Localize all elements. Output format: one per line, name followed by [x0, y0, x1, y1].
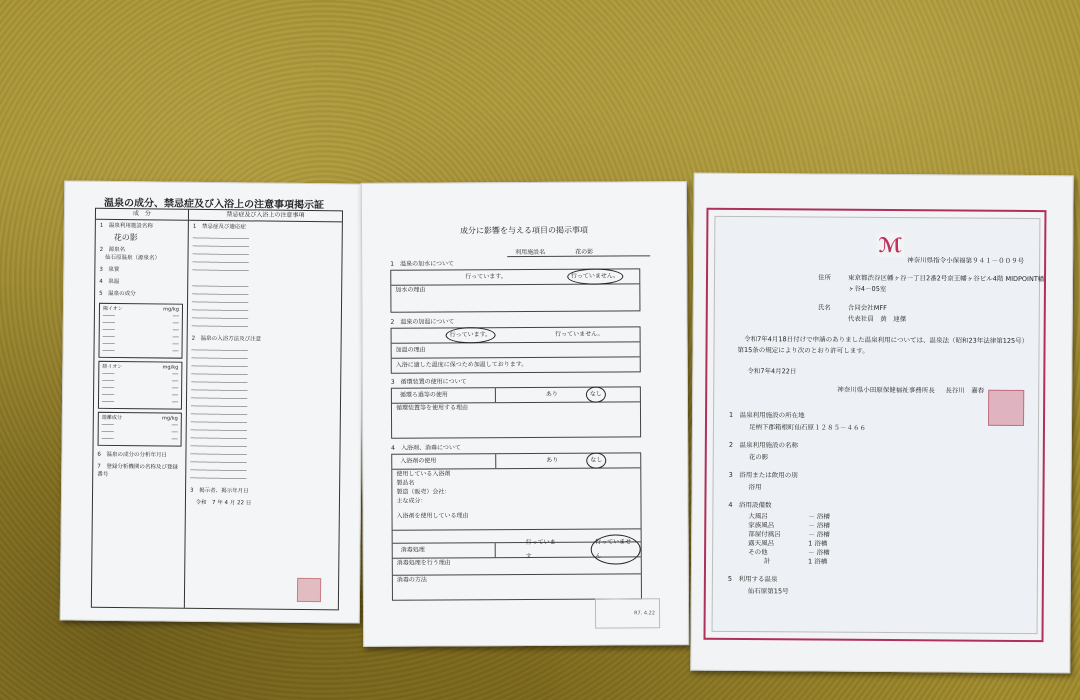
issuer-name: 長谷川 嘉春 — [945, 385, 984, 396]
component-effect-notice: 成分に影響を与える項目の掲示事項 利用施設名花の影 1 温泉の加水について 行っ… — [361, 181, 689, 647]
selected-option: なし — [586, 387, 606, 403]
precaution-body: ────────────────────────────────────────… — [188, 233, 342, 335]
receipt-stamp: R7. 4.22 — [595, 598, 660, 628]
facility-name: 花の影 — [96, 232, 188, 245]
permit-item-3: 3 浴用または飲用の別 — [729, 470, 798, 481]
component-item: 7 登録分析機関の名称及び登録番号 — [93, 461, 185, 482]
precaution-body: ────────────────────────────────────────… — [186, 345, 340, 487]
permit-body: 令和7年4月18日付けで申請のありました温泉利用については、温泉法（昭和23年法… — [737, 334, 1027, 358]
prefecture-emblem-icon: ℳ — [876, 233, 904, 257]
free-components-table: 遊離成分mg/kg ────── ────── ────── — [98, 412, 182, 447]
component-item: 6 温泉の成分の分析年月日 — [93, 449, 185, 462]
posting-date: 令和 7 年 4 月 22 日 — [186, 497, 339, 511]
facility-line: 利用施設名花の影 — [507, 246, 650, 257]
hot-spring-use-permit: ℳ 神奈川県指令小保福第９４１－００９号 住所 東京都渋谷区幡ヶ谷一丁目2番2号… — [690, 173, 1073, 674]
permit-item-4: 4 浴用設備数 — [728, 500, 771, 511]
hot-spring-components-notice: 温泉の成分、禁忌症及び入浴上の注意事項掲示証 成 分 1 温泉利用施設名称 花の… — [60, 180, 365, 623]
address-label: 住所 — [818, 273, 831, 284]
issuer: 神奈川県小田原保健福祉事務所長 — [837, 385, 935, 397]
company-name: 合同会社MFF — [848, 303, 887, 314]
cation-table: 陽イオンmg/kg ────── ────── ────── ────── ──… — [98, 303, 183, 359]
component-item: 4 泉温 — [95, 276, 187, 289]
component-item: 2 源泉名 仙石原温泉（源泉名） — [95, 244, 187, 265]
notice-title: 成分に影響を与える項目の掲示事項 — [362, 224, 686, 237]
anion-table: 陰イオンmg/kg ────── ────── ────── ────── ──… — [98, 361, 182, 410]
issue-date: 令和7年4月22日 — [747, 366, 796, 377]
spring-source: 仙石原第15号 — [748, 586, 789, 597]
notice-frame: 成 分 1 温泉利用施設名称 花の影 2 源泉名 仙石原温泉（源泉名） 3 泉質… — [91, 208, 343, 611]
address: 東京都渋谷区幡ヶ谷一丁目2番2号京王幡ヶ谷ビル4階 MIDPOINT幡ヶ谷4－0… — [848, 273, 1048, 296]
component-item: 3 泉質 — [95, 264, 187, 277]
selected-option: 行っています。 — [446, 327, 496, 343]
selected-option: 行っていません。 — [567, 268, 623, 284]
permit-number: 神奈川県指令小保福第９４１－００９号 — [907, 255, 1024, 267]
section-water-addition: 1 温泉の加水について 行っています。行っていません。 加水の理由 — [390, 258, 640, 312]
permit-border: ℳ 神奈川県指令小保福第９４１－００９号 住所 東京都渋谷区幡ヶ谷一丁目2番2号… — [703, 208, 1046, 642]
permit-item-2: 2 温泉利用施設の名称 — [729, 440, 798, 451]
permit-item-5: 5 利用する温泉 — [728, 574, 778, 585]
section-heating: 2 温泉の加温について 行っています。行っていません。 加温の理由 入浴に適した… — [390, 316, 640, 373]
component-item: 1 温泉利用施設名称 — [96, 220, 188, 233]
precautions-column: 禁忌症及び入浴上の注意事項 1 禁忌症及び適応症 ───────────────… — [185, 210, 342, 610]
use-type: 浴用 — [749, 482, 762, 493]
official-seal — [988, 390, 1024, 426]
equipment-list: 大風呂－ 浴槽 家族風呂－ 浴槽 部屋付風呂－ 浴槽 露天風呂1 浴槽 その他－… — [748, 512, 868, 567]
permit-item-1: 1 温泉利用施設の所在地 — [729, 410, 805, 422]
section-bath-additive: 4 入浴剤、消毒について 入浴剤の使用ありなし 使用している入浴剤 製品名 製造… — [391, 442, 642, 600]
component-item: 5 温泉の成分 — [95, 288, 187, 301]
components-column: 成 分 1 温泉利用施設名称 花の影 2 源泉名 仙石原温泉（源泉名） 3 泉質… — [92, 209, 189, 608]
selected-option: 行っていません — [591, 534, 641, 564]
section-circulation: 3 循環装置の使用について 循環ろ過等の使用ありなし 循環装置等を使用する理由 — [391, 376, 641, 438]
name-label: 氏名 — [818, 303, 831, 314]
selected-option: なし — [586, 453, 606, 469]
facility-name: 花の影 — [749, 452, 769, 463]
facility-location: 足柄下郡箱根町仙石原１２８５－４６６ — [749, 422, 866, 434]
representative: 代表社員 黄 連傑 — [848, 314, 907, 325]
official-seal — [297, 578, 321, 602]
